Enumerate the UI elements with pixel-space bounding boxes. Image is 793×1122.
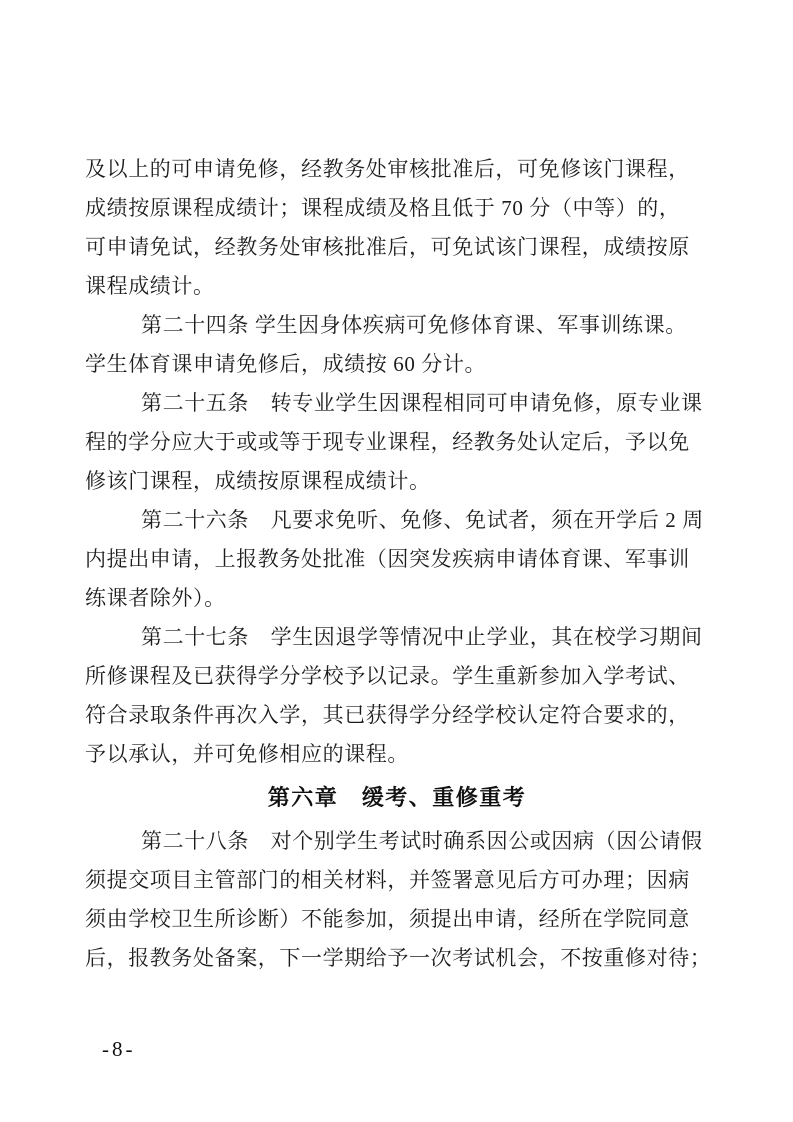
article-26-start-line: 第二十六条 凡要求免听、免修、免试者，须在开学后 2 周 bbox=[85, 501, 709, 540]
text-line: 程的学分应大于或或等于现专业课程，经教务处认定后，予以免 bbox=[85, 423, 709, 462]
text-line: 予以承认，并可免修相应的课程。 bbox=[85, 735, 709, 774]
text-line: 成绩按原课程成绩计；课程成绩及格且低于 70 分（中等）的， bbox=[85, 189, 709, 228]
article-24-start-line: 第二十四条 学生因身体疾病可免修体育课、军事训练课。 bbox=[85, 306, 709, 345]
article-28-start-line: 第二十八条 对个别学生考试时确系因公或因病（因公请假 bbox=[85, 822, 709, 861]
text-line: 课程成绩计。 bbox=[85, 267, 709, 306]
article-27-start-line: 第二十七条 学生因退学等情况中止学业，其在校学习期间 bbox=[85, 618, 709, 657]
text-line: 后，报教务处备案，下一学期给予一次考试机会，不按重修对待； bbox=[85, 939, 709, 978]
text-line: 可申请免试，经教务处审核批准后，可免试该门课程，成绩按原 bbox=[85, 228, 709, 267]
article-25-start-line: 第二十五条 转专业学生因课程相同可申请免修，原专业课 bbox=[85, 384, 709, 423]
text-line: 练课者除外）。 bbox=[85, 579, 709, 618]
text-line: 须提交项目主管部门的相关材料，并签署意见后方可办理；因病 bbox=[85, 861, 709, 900]
text-line: 所修课程及已获得学分学校予以记录。学生重新参加入学考试、 bbox=[85, 657, 709, 696]
text-line: 及以上的可申请免修，经教务处审核批准后，可免修该门课程， bbox=[85, 150, 709, 189]
text-line: 内提出申请，上报教务处批准（因突发疾病申请体育课、军事训 bbox=[85, 540, 709, 579]
text-line: 符合录取条件再次入学，其已获得学分经学校认定符合要求的， bbox=[85, 696, 709, 735]
document-body: 及以上的可申请免修，经教务处审核批准后，可免修该门课程， 成绩按原课程成绩计；课… bbox=[85, 150, 709, 978]
page-number: -8- bbox=[102, 1035, 136, 1063]
text-line: 须由学校卫生所诊断）不能参加，须提出申请，经所在学院同意 bbox=[85, 900, 709, 939]
text-line: 修该门课程，成绩按原课程成绩计。 bbox=[85, 462, 709, 501]
text-line: 学生体育课申请免修后，成绩按 60 分计。 bbox=[85, 345, 709, 384]
document-page: 及以上的可申请免修，经教务处审核批准后，可免修该门课程， 成绩按原课程成绩计；课… bbox=[0, 0, 793, 1122]
chapter-heading: 第六章 缓考、重修重考 bbox=[85, 774, 709, 822]
